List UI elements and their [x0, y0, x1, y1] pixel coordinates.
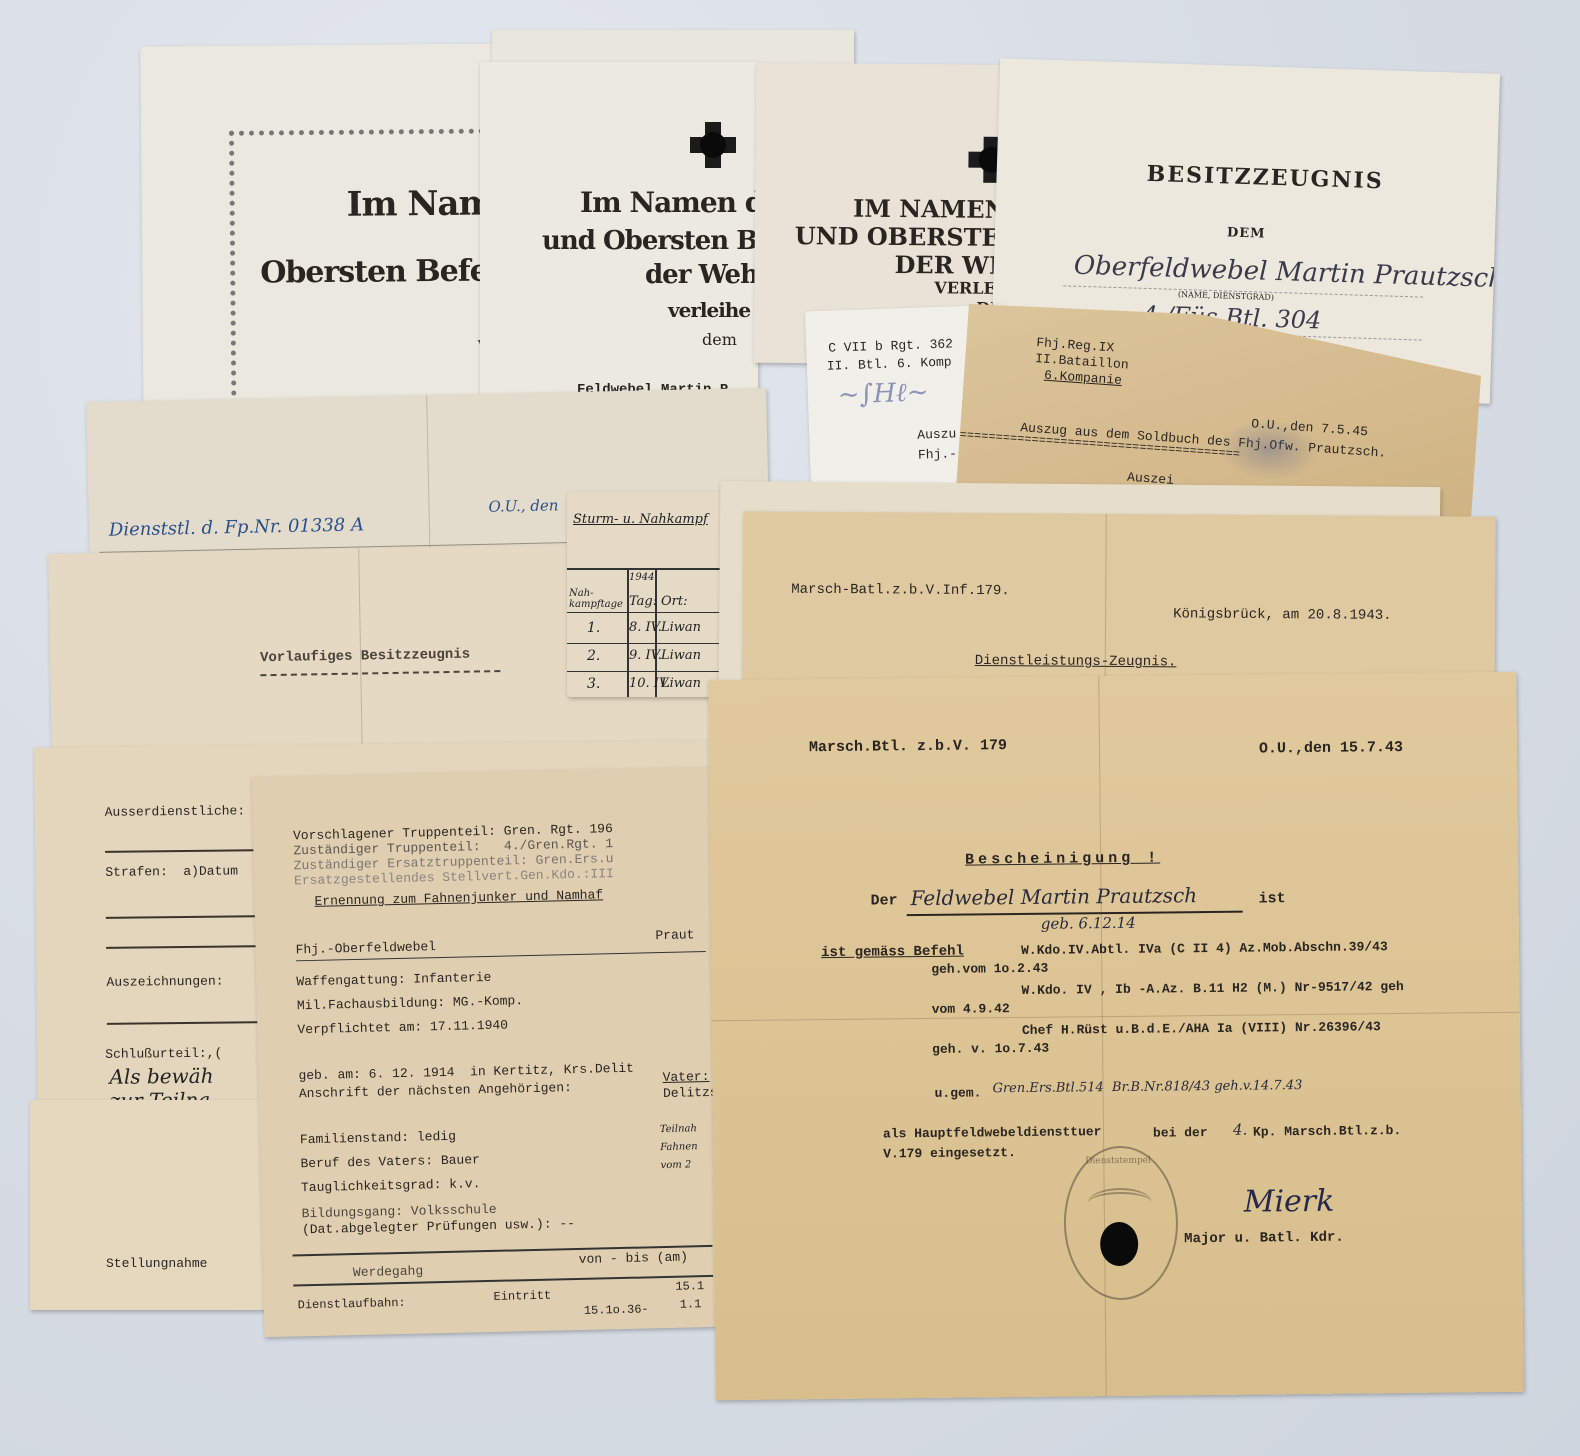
cert-dem: dem	[702, 330, 737, 349]
field-verpflichtet: Verpflichtet am: 17.11.1940	[297, 1018, 508, 1038]
field-tauglichkeit: Tauglichkeitsgrad: k.v.	[301, 1176, 481, 1195]
header-werdegang: Werdegahg	[353, 1264, 424, 1281]
table-row: 2. 9. IV. Liwan	[567, 644, 727, 672]
signer-title: Major u. Batl. Kdr.	[1184, 1230, 1344, 1248]
assign-a: als Hauptfeldwebeldiensttuer	[883, 1124, 1102, 1141]
cert-title-line3: der Wehrm	[645, 260, 758, 290]
cert-title-line2: und Obersten Bef	[542, 226, 758, 256]
label-schlussurteil: Schlußurteil:,(	[105, 1046, 222, 1062]
order-3b: geh. v. 1o.7.43	[932, 1041, 1049, 1057]
cert-title-line2: Obersten Befehlsh	[260, 253, 504, 291]
field-vater-ort: Delitzs	[663, 1085, 718, 1101]
assign-c: Kp. Marsch.Btl.z.b.	[1253, 1123, 1401, 1140]
col-nahkampftage: Nah-kampftage	[569, 588, 627, 610]
margin-note-3: vom 2	[660, 1159, 691, 1171]
col-year: 1944	[629, 572, 654, 583]
row-date-2: 15.1o.36-	[584, 1302, 649, 1317]
besitzzeugnis-title: BESITZZEUGNIS	[1146, 161, 1384, 194]
field-familienstand: Familienstand: ledig	[300, 1129, 456, 1148]
iron-cross-icon	[690, 122, 736, 168]
order-3a: Chef H.Rüst u.B.d.E./AHA Ia (VIII) Nr.26…	[1022, 1019, 1381, 1038]
field-fachausbildung: Mil.Fachausbildung: MG.-Komp.	[297, 993, 524, 1013]
slip-line3: Auszu	[917, 426, 957, 442]
order-2a: W.Kdo. IV , Ib -A.Az. B.11 H2 (M.) Nr-95…	[1021, 979, 1403, 998]
schlussurteil-handwritten-1: Als bewäh	[109, 1064, 213, 1089]
nahkampf-card: Sturm- u. Nahkampf Nah-kampftage 1944 Ta…	[567, 492, 727, 697]
cert-title-line1: Im Namen des	[580, 186, 758, 219]
censor-dot	[1100, 1222, 1138, 1266]
zeugnis-unit: Marsch-Batl.z.b.V.Inf.179.	[791, 582, 1010, 600]
bescheinigung-title: Bescheinigung !	[965, 850, 1160, 869]
certificate-iron-cross-gothic: Im Namen des und Obersten Bef der Wehrm …	[480, 62, 758, 402]
slip-line2: II. Btl. 6. Komp	[827, 354, 952, 373]
slip-line4: Fhj.-	[918, 446, 958, 462]
stamp-text: Dienststempel	[1085, 1156, 1151, 1167]
order-1b: geh.vom 1o.2.43	[931, 961, 1048, 977]
field-waffengattung: Waffengattung: Infanterie	[296, 970, 491, 989]
col-tag: Tag:	[629, 594, 657, 609]
order-1a: W.Kdo.IV.Abtl. IVa (C II 4) Az.Mob.Absch…	[1021, 939, 1388, 958]
der-label: Der	[870, 892, 897, 909]
row-eintritt: Eintritt	[493, 1289, 551, 1304]
label-stellungnahme: Stellungnahme	[106, 1256, 207, 1271]
margin-note-1: Teilnah	[660, 1123, 697, 1135]
slip-scribble: ~∫Hℓ~	[837, 377, 929, 410]
field-anschrift: Anschrift der nächsten Angehörigen:	[299, 1080, 572, 1101]
dienststelle-handwritten: Dienststl. d. Fp.Nr. 01338 A	[109, 514, 364, 540]
name-handwritten: Feldwebel Martin Prautzsch	[910, 883, 1197, 910]
ist-label: ist	[1258, 890, 1285, 907]
label-ausserdienstliche: Ausserdienstliche:	[105, 803, 246, 819]
header-von-bis: von - bis (am)	[579, 1249, 689, 1266]
bescheinigung-date: O.U.,den 15.7.43	[1259, 739, 1403, 758]
field-rank: Fhj.-Oberfeldwebel	[295, 939, 436, 957]
field-name: Praut	[655, 927, 694, 943]
row-date-3: 1.1	[680, 1297, 702, 1311]
zeugnis-title: Dienstleistungs-Zeugnis.	[975, 653, 1177, 670]
assign-d: V.179 eingesetzt.	[883, 1145, 1016, 1161]
order-2b: vom 4.9.42	[932, 1001, 1010, 1017]
assign-b: bei der	[1153, 1125, 1208, 1141]
signature: Mierk	[1244, 1184, 1335, 1220]
slip-line1: C VII b Rgt. 362	[828, 336, 953, 355]
fahnenjunker-form: Vorschlagener Truppenteil: Gren. Rgt. 19…	[252, 767, 723, 1337]
field-geboren: geb. am: 6. 12. 1914 in Kertitz, Krs.Del…	[298, 1061, 634, 1084]
born-handwritten: geb. 6.12.14	[1041, 914, 1136, 933]
name-caption: (NAME, DIENSTGRAD)	[1178, 290, 1274, 302]
zeugnis-place-date: Königsbrück, am 20.8.1943.	[1173, 606, 1392, 624]
assign-hand: 4.	[1233, 1121, 1248, 1139]
vorlaeufig-title: Vorlaufiges Besitzzeugnis	[260, 647, 470, 667]
label-strafen: Strafen: a)Datum	[105, 863, 238, 879]
bescheinigung-document: Marsch.Btl. z.b.V. 179 O.U.,den 15.7.43 …	[708, 672, 1523, 1400]
card-title: Sturm- u. Nahkampf	[573, 512, 708, 527]
field-vater: Vater:	[662, 1069, 709, 1085]
card-rows: 1. 8. IV. Liwan 2. 9. IV. Liwan 3. 10. I…	[567, 616, 727, 697]
row-date-1: 15.1	[675, 1279, 704, 1294]
table-row: 1. 8. IV. Liwan	[567, 616, 727, 644]
official-stamp: Dienststempel	[1063, 1145, 1179, 1300]
beurteilung-lower: Stellungnahme	[30, 1100, 290, 1310]
ugem-label: u.gem.	[935, 1085, 982, 1100]
label-auszeichnungen: Auszeichnungen:	[106, 974, 223, 990]
befehl-label: ist gemäss Befehl	[821, 944, 964, 961]
margin-note-2: Fahnen	[660, 1141, 698, 1153]
besitzzeugnis-dem: DEM	[1227, 225, 1266, 241]
eagle-icon	[1088, 1188, 1152, 1219]
ugem-handwritten: Gren.Ers.Btl.514 Br.B.Nr.818/43 geh.v.14…	[992, 1078, 1302, 1096]
table-row: 3. 10. IV. Liwan	[567, 672, 727, 697]
dienststelle-right: O.U., den	[488, 496, 558, 515]
cert-verleihe: verleihe	[668, 298, 750, 322]
form-title: Ernennung zum Fahnenjunker und Namhaf	[314, 887, 603, 909]
field-beruf-vater: Beruf des Vaters: Bauer	[300, 1152, 480, 1171]
row-dienstlaufbahn: Dienstlaufbahn:	[298, 1296, 406, 1312]
col-ort: Ort:	[661, 594, 687, 609]
bescheinigung-unit: Marsch.Btl. z.b.V. 179	[809, 737, 1007, 756]
certificate-chain-border: Im Namen Obersten Befehlsh v dem Gefreit…	[140, 43, 503, 446]
